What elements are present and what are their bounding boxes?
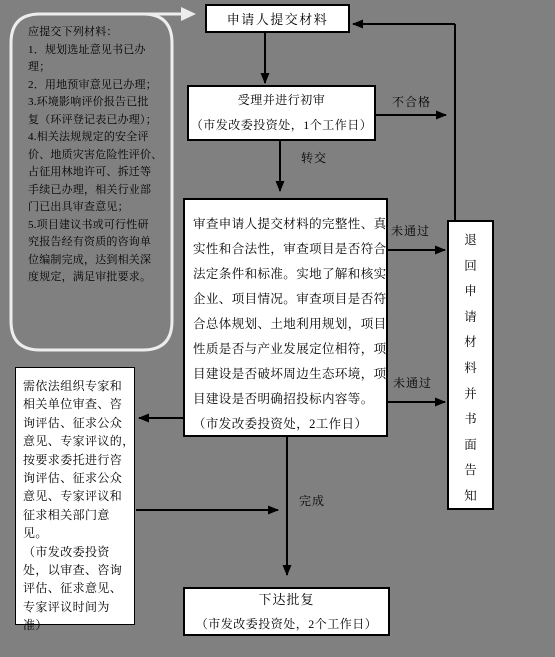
materials-note: 应提交下列材料：1．规划选址意见书已办理；2．用地预审意见已办理；3.环境影响评… [28, 24, 168, 287]
accept-initial-review-box: 受理并进行初审（市发改委投资处，1个工作日） [187, 85, 376, 141]
expert-consultation-box: 需依法组织专家和相关单位审查、咨询评估、征求公众意见、专家评议的，按要求委托进行… [15, 367, 135, 625]
submit-materials-box: 申请人提交材料 [205, 4, 350, 33]
review-box: 审查申请人提交材料的完整性、真实性和合法性，审查项目是否符合法定条件和标准。实地… [183, 198, 388, 437]
label-complete: 完成 [299, 492, 325, 509]
return-materials-box: 退回申请材料并书面告知 [447, 220, 494, 510]
flowchart-canvas: 应提交下列材料：1．规划选址意见书已办理；2．用地预审意见已办理；3.环境影响评… [0, 0, 555, 657]
label-not-passed-1: 未通过 [391, 222, 430, 239]
materials-callout-arrowhead [181, 7, 196, 21]
issue-approval-box: 下达批复（市发改委投资处，2个工作日） [183, 587, 390, 636]
label-transfer: 转交 [301, 149, 327, 166]
label-not-passed-2: 未通过 [393, 374, 432, 391]
label-unqualified: 不合格 [392, 93, 431, 110]
